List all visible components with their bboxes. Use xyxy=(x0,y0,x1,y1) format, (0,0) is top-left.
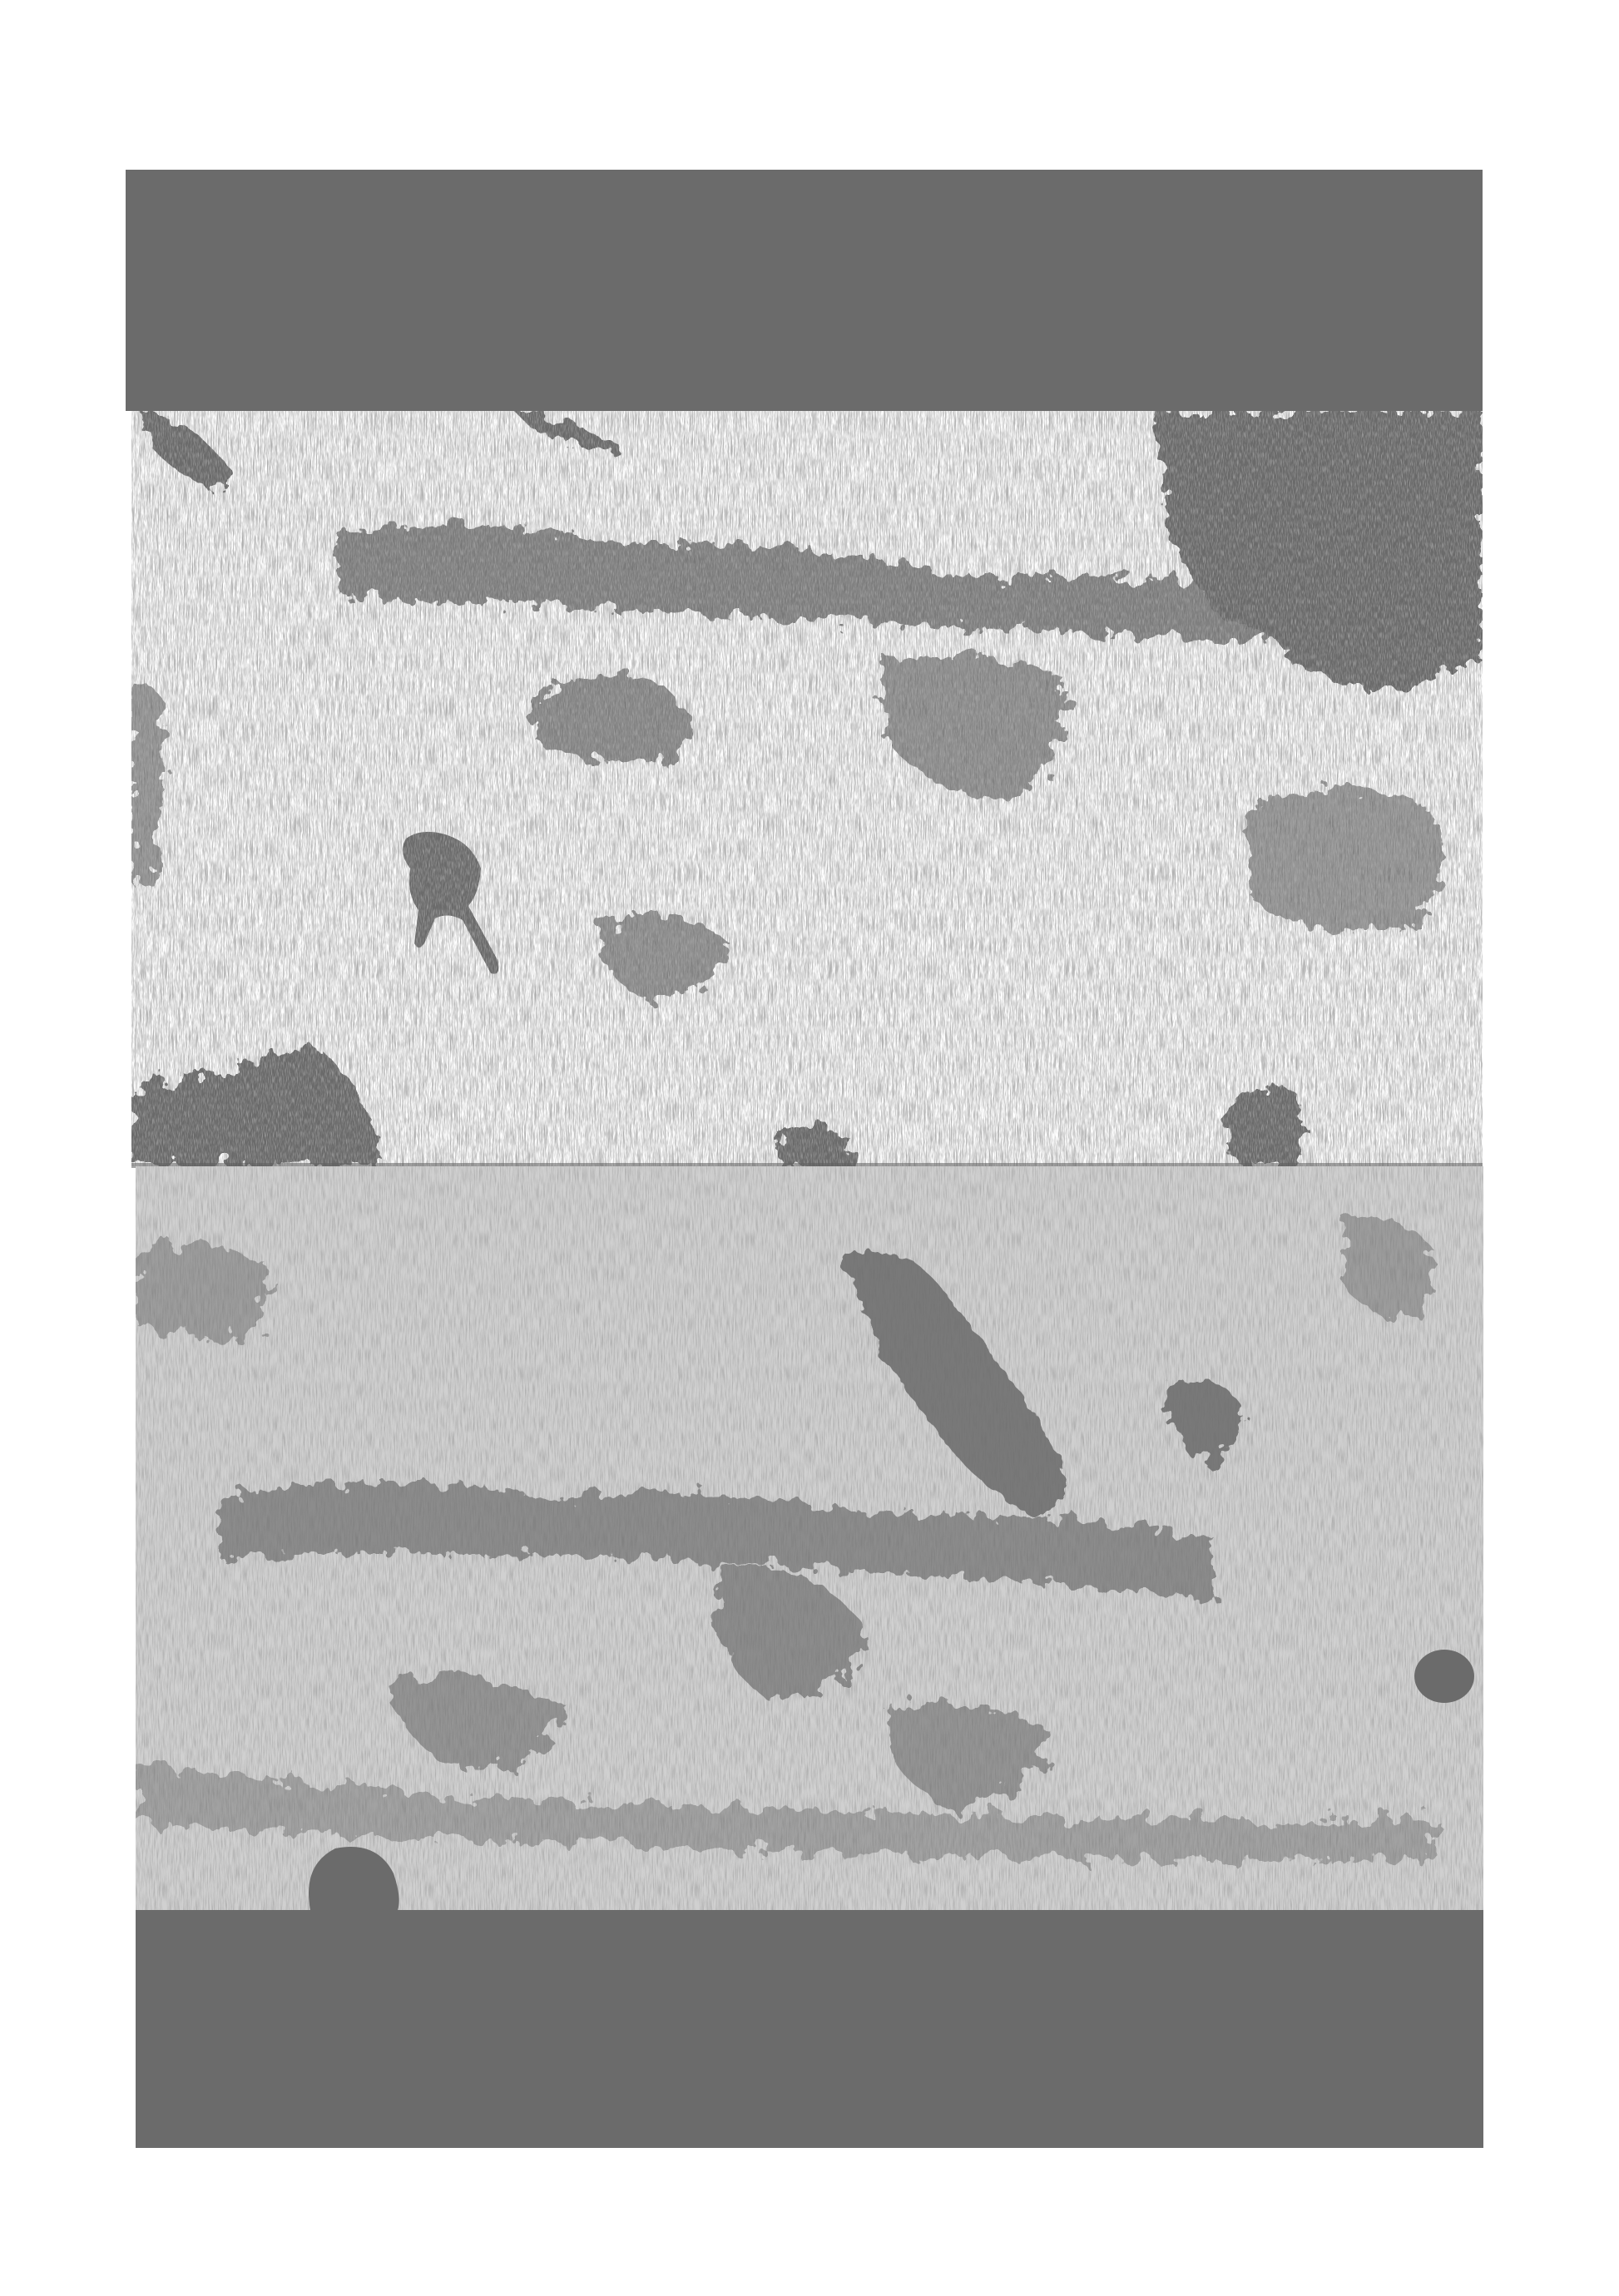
upper-textured-panel xyxy=(131,411,1483,1166)
bottom-ink-band xyxy=(136,1910,1483,2148)
top-ink-band xyxy=(126,170,1483,411)
lower-texture xyxy=(136,1166,1483,1910)
upper-texture xyxy=(131,411,1483,1166)
artwork-sheet xyxy=(0,0,1619,2296)
lower-textured-panel xyxy=(136,1166,1483,1910)
